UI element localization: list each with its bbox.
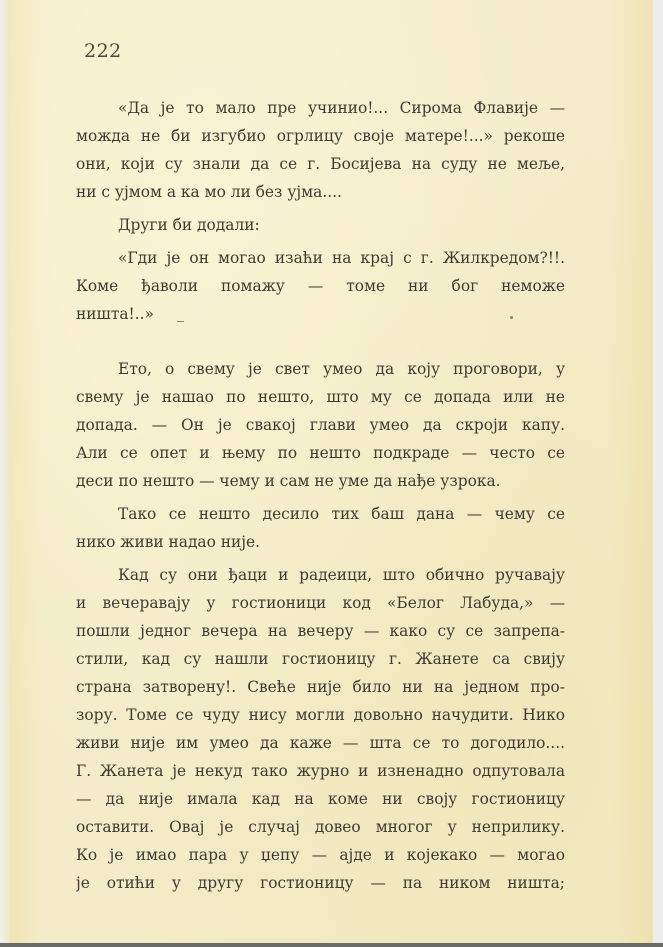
text-line: пошли једног вечера на вечеру — како су …	[76, 617, 565, 645]
text-line: Али се опет и њему по нешто подкраде — ч…	[76, 439, 565, 467]
text-line: Ето, о свему је свет умео да коју прогов…	[76, 355, 565, 383]
text-line: је отићи у другу гостионицу — па ником н…	[76, 869, 565, 897]
text-line: — да није имала кад на коме ни своју гос…	[76, 785, 565, 813]
text-line: они, који су знали да се г. Босијева на …	[76, 150, 565, 178]
paragraph: Ето, о свему је свет умео да коју прогов…	[76, 355, 565, 495]
text-line: страна затворену!. Свеће није било ни на…	[76, 673, 565, 701]
text-line: живи није им умео да каже — шта се то до…	[76, 729, 565, 757]
scan-speck	[177, 321, 184, 322]
page-body-text: «Да је то мало пре учинио!... Сирома Фла…	[76, 94, 565, 897]
text-line: допада. — Он је свакој глави умео да скр…	[76, 411, 565, 439]
text-line: зору. Томе се чуду нису могли довољно на…	[76, 701, 565, 729]
page-number: 222	[84, 40, 122, 62]
scan-left-margin	[0, 0, 10, 943]
text-line: оставити. Овај је случај довео многог у …	[76, 813, 565, 841]
paragraph: Други би додали:	[76, 211, 565, 239]
text-line: можда не би изгубио огрлицу своје матере…	[76, 122, 565, 150]
text-line: нико живи надао није.	[76, 528, 565, 556]
paragraph: «Да је то мало пре учинио!... Сирома Фла…	[76, 94, 565, 206]
paragraph: Тако се нешто десило тих баш дана — чему…	[76, 500, 565, 556]
text-line: Коме ђаволи помажу — томе ни бог неможе	[76, 272, 565, 300]
text-line: и вечеравају у гостионици код «Белог Лаб…	[76, 589, 565, 617]
paragraph: «Гди је он могао изаћи на крај с г. Жилк…	[76, 244, 565, 328]
text-line: Ко је имао пара у џепу — ајде и којекако…	[76, 841, 565, 869]
text-line: Г. Жанета је некуд тако журно и изненадн…	[76, 757, 565, 785]
text-line: Кад су они ђаци и радеици, што обично ру…	[76, 561, 565, 589]
scanned-page-viewport: 222 «Да је то мало пре учинио!... Сирома…	[0, 0, 663, 947]
text-line: «Гди је он могао изаћи на крај с г. Жилк…	[76, 244, 565, 272]
text-line: ни с ујмом а ка мо ли без ујма....	[76, 178, 565, 206]
text-line: «Да је то мало пре учинио!... Сирома Фла…	[76, 94, 565, 122]
text-line: свему је нашао по нешто, што му се допад…	[76, 383, 565, 411]
text-line: Други би додали:	[76, 211, 565, 239]
scan-bottom-edge	[0, 943, 663, 947]
text-line: деси по нешто — чему и сам не уме да нађ…	[76, 467, 565, 495]
text-line: ништа!..»	[76, 300, 565, 328]
paragraph: Кад су они ђаци и радеици, што обично ру…	[76, 561, 565, 897]
scan-speck	[510, 316, 513, 319]
text-line: Тако се нешто десило тих баш дана — чему…	[76, 500, 565, 528]
text-line: стили, кад су нашли гостионицу г. Жанете…	[76, 645, 565, 673]
